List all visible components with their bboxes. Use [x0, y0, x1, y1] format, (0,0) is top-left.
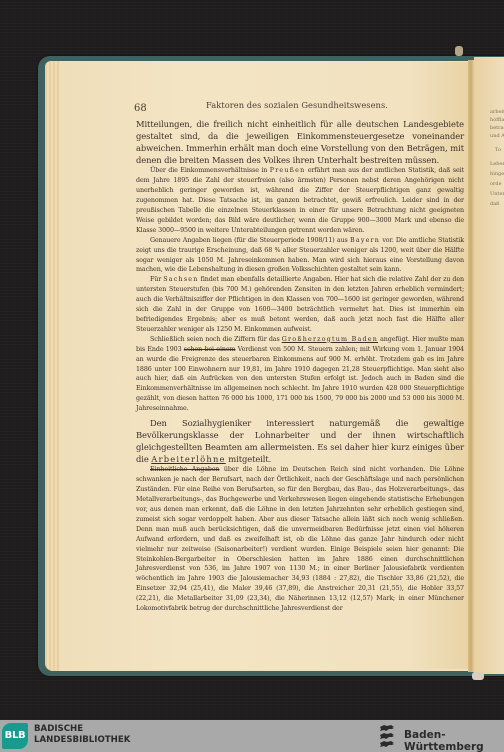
right-page-fragment: orde: [490, 180, 504, 188]
paragraph-saxony: Für Sachsen findet man ebenfalls detaill…: [136, 275, 464, 334]
paragraph-wages-intro: Den Sozialhygieniker interessiert naturg…: [136, 417, 464, 465]
right-page-fragment: hoffla: [490, 116, 504, 124]
text-section-small-1: Über die Einkommensverhältnisse in Preuß…: [136, 166, 464, 414]
term-arbeiterloehne: Arbeiterlöhne: [151, 454, 225, 464]
blb-logo: BLB: [2, 723, 28, 749]
footer-bar: BLB BADISCHE LANDESBIBLIOTHEK Baden-Würt…: [0, 720, 504, 752]
paragraph-wages: Einheitliche Angaben über die Löhne im D…: [136, 465, 464, 614]
right-page-fragment: und Ar: [490, 132, 504, 140]
page-number: 68: [134, 103, 147, 114]
right-page-fragment: Leben: [490, 160, 504, 168]
text-section-large-2: Den Sozialhygieniker interessiert naturg…: [136, 417, 464, 465]
text-section-large: Mitteilungen, die freilich nicht einheit…: [136, 118, 464, 166]
baden-wuerttemberg-lions-icon: [378, 723, 398, 749]
page-body: Mitteilungen, die freilich nicht einheit…: [136, 118, 464, 614]
text-section-small-2: Einheitliche Angaben über die Löhne im D…: [136, 465, 464, 614]
state-name-baden: Großherzogtum Baden: [282, 336, 378, 343]
right-page-fragment: daß: [490, 200, 504, 208]
right-page-fragment: arbeite: [490, 108, 504, 116]
right-page-fragment: hinge: [490, 170, 504, 178]
right-page-fragment: To: [495, 146, 504, 154]
paragraph-bavaria: Genauere Angaben liegen (für die Steuerp…: [136, 236, 464, 276]
right-page-fragment: betrag: [490, 124, 504, 132]
state-name-bavaria: Bayern: [350, 237, 380, 244]
struck-text: schon bei einem: [184, 346, 236, 353]
running-head: Faktoren des sozialen Gesundheitswesens.: [206, 100, 388, 110]
right-page-fragment: Unter: [490, 190, 504, 198]
state-name-saxony: Sachsen: [163, 276, 198, 283]
bw-label: Baden-Württemberg: [404, 729, 504, 752]
paragraph-baden: Schließlich seien noch die Ziffern für d…: [136, 335, 464, 414]
blb-name: BADISCHE LANDESBIBLIOTHEK: [34, 724, 130, 746]
state-name-prussia: Preußen: [270, 167, 306, 174]
paragraph-prussia: Über die Einkommensverhältnisse in Preuß…: [136, 166, 464, 235]
clip-knob-bottom: [472, 672, 484, 680]
page-edges: [45, 61, 59, 671]
paragraph-1: Mitteilungen, die freilich nicht einheit…: [136, 118, 464, 166]
clip-knob-top: [455, 46, 463, 56]
struck-text: Einheitliche Angaben: [150, 466, 219, 473]
